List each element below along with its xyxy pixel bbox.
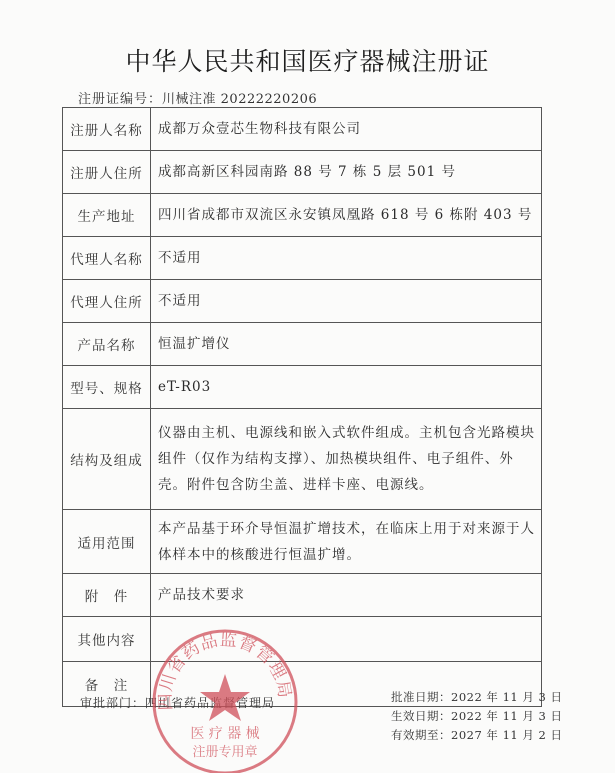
expiry-date-value: 2027 年 11 月 2 日 (451, 728, 563, 742)
effective-date: 生效日期：2022 年 11 月 3 日 (391, 707, 563, 726)
effective-date-value: 2022 年 11 月 3 日 (451, 709, 563, 723)
table-row-registrant-address: 注册人住所 成都高新区科园南路 88 号 7 栋 5 层 501 号 (63, 151, 542, 194)
seal-line2: 注册专用章 (192, 744, 257, 760)
row-label: 代理人住所 (63, 280, 151, 323)
row-value: 成都万众壹芯生物科技有限公司 (151, 108, 542, 151)
row-label: 注册人名称 (63, 108, 151, 151)
effective-date-label: 生效日期： (391, 709, 451, 723)
registration-number-value: 川械注准 20222220206 (162, 92, 317, 107)
row-label: 注册人住所 (63, 151, 151, 194)
row-value (151, 617, 542, 662)
approval-date-value: 2022 年 11 月 3 日 (451, 690, 563, 704)
expiry-date: 有效期至：2027 年 11 月 2 日 (391, 726, 563, 745)
registration-number: 注册证编号：川械注准 20222220206 (78, 88, 317, 107)
table-row-registrant-name: 注册人名称 成都万众壹芯生物科技有限公司 (63, 108, 542, 151)
row-label: 生产地址 (63, 194, 151, 237)
approval-department: 审批部门：四川省药品监督管理局 (80, 694, 275, 711)
table-row-agent-name: 代理人名称 不适用 (63, 237, 542, 280)
table-row-model-spec: 型号、规格 eT-R03 (63, 366, 542, 409)
table-row-attachment: 附 件 产品技术要求 (63, 574, 542, 617)
approval-date-label: 批准日期： (391, 690, 451, 704)
table-row-scope: 适用范围 本产品基于环介导恒温扩增技术，在临床上用于对来源于人体样本中的核酸进行… (63, 510, 542, 574)
row-label: 结构及组成 (63, 409, 151, 510)
row-value: 本产品基于环介导恒温扩增技术，在临床上用于对来源于人体样本中的核酸进行恒温扩增。 (151, 510, 542, 574)
row-value: 仪器由主机、电源线和嵌入式软件组成。主机包含光路模块组件（仅作为结构支撑）、加热… (151, 409, 542, 510)
row-value: 不适用 (151, 280, 542, 323)
row-value: eT-R03 (151, 366, 542, 409)
registration-number-label: 注册证编号： (78, 92, 162, 107)
seal-line1: 医 疗 器 械 (190, 725, 259, 742)
row-label: 附 件 (63, 574, 151, 617)
page-title: 中华人民共和国医疗器械注册证 (0, 42, 615, 78)
row-label: 代理人名称 (63, 237, 151, 280)
row-label: 型号、规格 (63, 366, 151, 409)
table-row-product-name: 产品名称 恒温扩增仪 (63, 323, 542, 366)
approval-department-value: 四川省药品监督管理局 (145, 696, 275, 710)
table-row-production-address: 生产地址 四川省成都市双流区永安镇凤凰路 618 号 6 栋附 403 号 (63, 194, 542, 237)
table-row-structure: 结构及组成 仪器由主机、电源线和嵌入式软件组成。主机包含光路模块组件（仅作为结构… (63, 409, 542, 510)
row-label: 产品名称 (63, 323, 151, 366)
row-value: 不适用 (151, 237, 542, 280)
row-label: 适用范围 (63, 510, 151, 574)
row-label: 其他内容 (63, 617, 151, 662)
row-value: 四川省成都市双流区永安镇凤凰路 618 号 6 栋附 403 号 (151, 194, 542, 237)
row-value: 产品技术要求 (151, 574, 542, 617)
table-row-agent-address: 代理人住所 不适用 (63, 280, 542, 323)
approval-department-label: 审批部门： (80, 696, 145, 710)
table-row-other: 其他内容 (63, 617, 542, 662)
row-value: 成都高新区科园南路 88 号 7 栋 5 层 501 号 (151, 151, 542, 194)
approval-date: 批准日期：2022 年 11 月 3 日 (391, 688, 563, 707)
certificate-table: 注册人名称 成都万众壹芯生物科技有限公司 注册人住所 成都高新区科园南路 88 … (62, 107, 542, 707)
expiry-date-label: 有效期至： (391, 728, 451, 742)
row-value: 恒温扩增仪 (151, 323, 542, 366)
dates-block: 批准日期：2022 年 11 月 3 日 生效日期：2022 年 11 月 3 … (391, 688, 563, 745)
